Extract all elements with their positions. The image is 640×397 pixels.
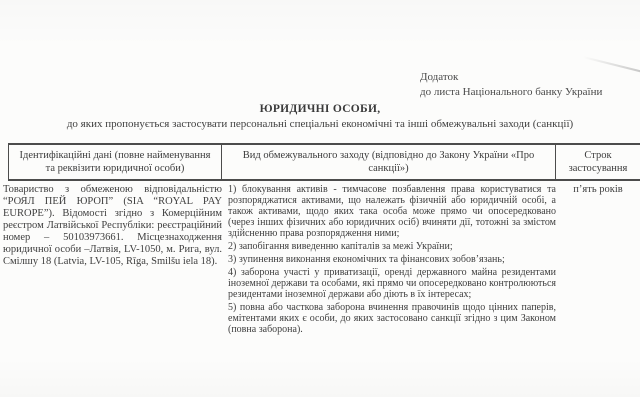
measure-item-2: 2) запобігання виведенню капіталів за ме… (228, 241, 556, 252)
header-identification-data: Ідентифікаційні дані (повне найменування… (8, 145, 222, 179)
measure-item-3: 3) зупинення виконання економічних та фі… (228, 254, 556, 265)
document-title: ЮРИДИЧНІ ОСОБИ, (0, 103, 640, 115)
sanctions-table-header: Ідентифікаційні дані (повне найменування… (8, 143, 640, 181)
scanned-document-page: Додаток до листа Національного банку Укр… (0, 0, 640, 397)
appendix-line-1: Додаток (420, 70, 602, 85)
document-subtitle: до яких пропонується застосувати персона… (20, 118, 620, 130)
cell-duration: п’ять років (558, 184, 638, 195)
cell-measures: 1) блокування активів - тимчасове позбав… (228, 184, 556, 337)
measure-item-1: 1) блокування активів - тимчасове позбав… (228, 184, 556, 239)
header-measure-type: Вид обмежувального заходу (відповідно до… (222, 145, 556, 179)
appendix-note: Додаток до листа Національного банку Укр… (420, 70, 602, 100)
measure-item-5: 5) повна або часткова заборона вчинення … (228, 302, 556, 335)
cell-identification-data: Товариство з обмеженою відповідальністю … (3, 184, 222, 268)
header-duration: Строк застосування (556, 145, 640, 179)
measure-item-4: 4) заборона участі у приватизації, оренд… (228, 267, 556, 300)
appendix-line-2: до листа Національного банку України (420, 85, 602, 100)
